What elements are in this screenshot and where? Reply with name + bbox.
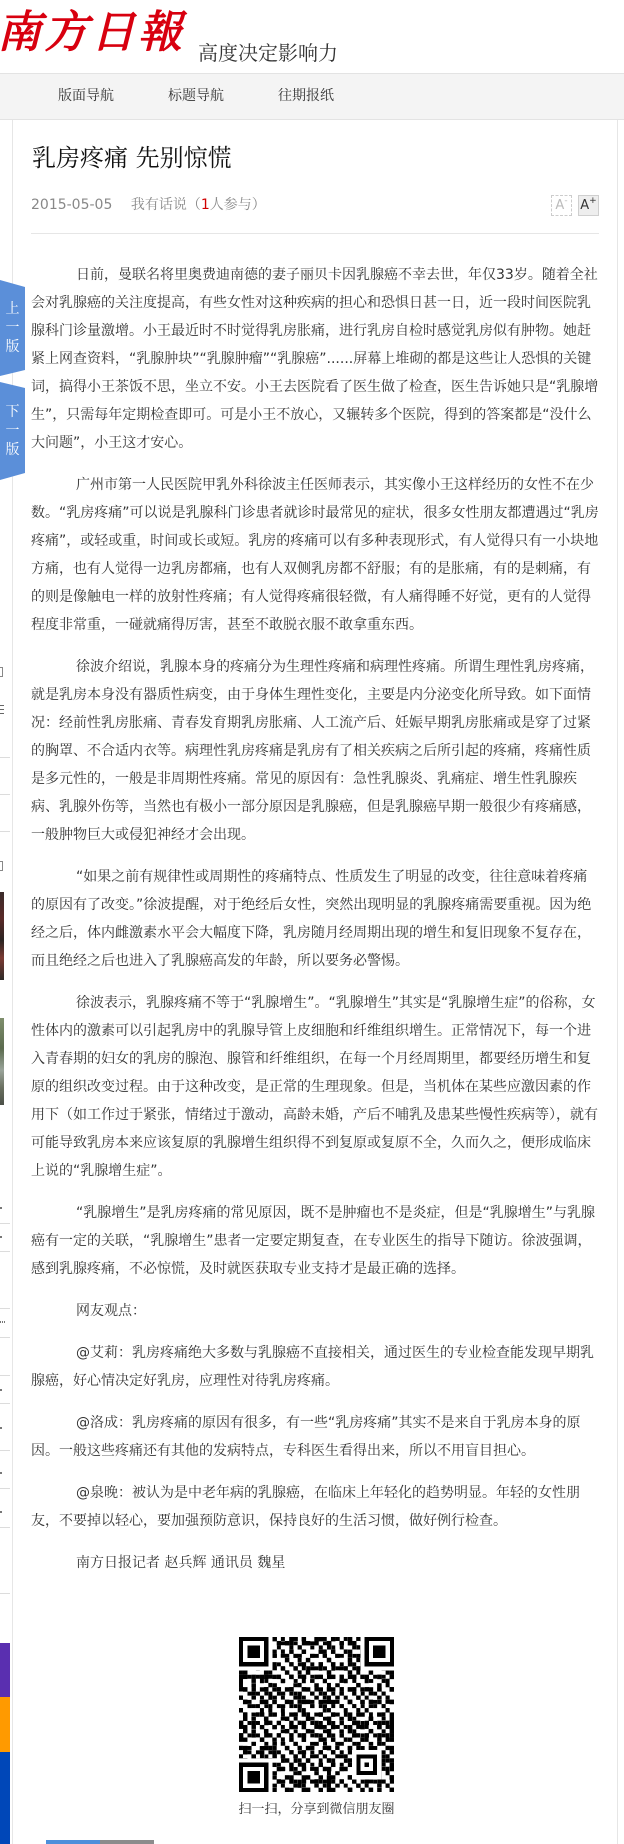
next-page-label: 下一版 xyxy=(6,403,20,460)
left-sidebar-fragment xyxy=(0,0,11,1844)
qr-share-caption: 扫一扫，分享到微信朋友圈 xyxy=(216,1800,417,1820)
article-paragraph: 徐波表示，乳腺疼痛不等于“乳腺增生”。“乳腺增生”其实是“乳腺增生症”的俗称，女… xyxy=(31,989,599,1185)
sidebar-divider xyxy=(0,1403,10,1404)
comment-link-prefix: 我有话说（ xyxy=(131,197,201,213)
netizen-comment: @泉晚：被认为是中老年病的乳腺癌，在临床上年轻化的趋势明显。年轻的女性朋友，不要… xyxy=(31,1479,599,1535)
wechat-qr-code-icon xyxy=(239,1637,394,1792)
sidebar-divider xyxy=(0,1375,10,1376)
newspaper-logo[interactable]: 南方日報 xyxy=(0,3,185,63)
sidebar-box-icon xyxy=(0,667,3,677)
sidebar-divider xyxy=(0,1251,10,1252)
netizen-comment: @艾莉：乳房疼痛绝大多数与乳腺癌不直接相关，通过医生的专业检查能发现早期乳腺癌，… xyxy=(31,1339,599,1395)
minus-icon: - xyxy=(564,196,567,206)
sidebar-divider xyxy=(0,794,10,795)
article-meta: 2015-05-05 我有话说（1人参与） xyxy=(31,195,266,215)
sidebar-divider xyxy=(0,1450,10,1451)
font-increase-button[interactable]: A+ xyxy=(578,195,599,216)
sidebar-blue-block[interactable] xyxy=(0,1752,10,1844)
article-paragraph: “如果之前有规律性或周期性的疼痛特点、性质发生了明显的改变，往往意味着疼痛的原因… xyxy=(31,863,599,975)
main-nav: 版面导航 标题导航 往期报纸 xyxy=(0,74,624,120)
article-paragraph: 徐波介绍说，乳腺本身的疼痛分为生理性疼痛和病理性疼痛。所谓生理性乳房疼痛，就是乳… xyxy=(31,653,599,849)
site-header: 南方日報 高度决定影响力 xyxy=(0,0,624,74)
sidebar-divider xyxy=(0,1593,10,1594)
sidebar-divider xyxy=(0,1488,10,1489)
bottom-tab-strip-gray[interactable] xyxy=(100,1840,154,1844)
sidebar-ellipsis xyxy=(0,1321,5,1323)
comment-link[interactable]: 我有话说（1人参与） xyxy=(131,197,266,213)
sidebar-purple-block[interactable] xyxy=(0,1643,10,1697)
bottom-tab-strip-blue[interactable] xyxy=(46,1840,100,1844)
article-paragraph: “乳腺增生”是乳房疼痛的常见原因，既不是肿瘤也不是炎症，但是“乳腺增生”与乳腺癌… xyxy=(31,1199,599,1283)
article-byline: 南方日报记者 赵兵辉 通讯员 魏星 xyxy=(31,1549,599,1577)
next-page-button[interactable]: 下一版 xyxy=(0,382,25,480)
font-increase-icon: A xyxy=(580,198,589,213)
sidebar-text-fragment xyxy=(0,702,4,714)
sidebar-ellipsis xyxy=(0,1472,2,1474)
sidebar-ellipsis xyxy=(0,1427,2,1429)
sidebar-ellipsis xyxy=(0,1511,2,1513)
article-paragraph: 日前，曼联名将里奥费迪南德的妻子丽贝卡因乳腺癌不幸去世，年仅33岁。随着全社会对… xyxy=(31,261,599,457)
sidebar-divider xyxy=(0,1223,10,1224)
article-body: 日前，曼联名将里奥费迪南德的妻子丽贝卡因乳腺癌不幸去世，年仅33岁。随着全社会对… xyxy=(31,261,599,1591)
nav-headline-navigation[interactable]: 标题导航 xyxy=(168,74,224,119)
sidebar-orange-block[interactable] xyxy=(0,1697,10,1752)
sidebar-divider xyxy=(0,1337,10,1338)
comment-link-suffix: 人参与） xyxy=(210,197,266,213)
sidebar-ellipsis xyxy=(0,1236,2,1238)
prev-page-button[interactable]: 上一版 xyxy=(0,280,25,376)
comment-count: 1 xyxy=(201,197,210,213)
sidebar-divider xyxy=(0,757,10,758)
sidebar-ellipsis xyxy=(0,1207,2,1209)
article-container: 乳房疼痛 先别惊慌 2015-05-05 我有话说（1人参与） A- A+ 日前… xyxy=(12,120,618,1844)
netizen-comment: @洛成：乳房疼痛的原因有很多，有一些“乳房疼痛”其实不是来自于乳房本身的原因。一… xyxy=(31,1409,599,1465)
publish-date: 2015-05-05 xyxy=(31,197,112,213)
meta-divider xyxy=(31,233,599,234)
font-decrease-icon: A xyxy=(555,198,564,213)
sidebar-thumbnail-image xyxy=(0,892,4,980)
netizen-heading: 网友观点： xyxy=(31,1297,599,1325)
nav-layout-navigation[interactable]: 版面导航 xyxy=(58,74,114,119)
sidebar-ellipsis xyxy=(0,1389,2,1391)
sidebar-divider xyxy=(0,831,10,832)
article-title: 乳房疼痛 先别惊慌 xyxy=(32,142,232,174)
site-tagline: 高度决定影响力 xyxy=(198,40,338,66)
font-decrease-button[interactable]: A- xyxy=(551,195,572,216)
sidebar-box-icon xyxy=(0,861,3,871)
plus-icon: + xyxy=(589,196,597,206)
sidebar-divider xyxy=(0,1527,10,1528)
nav-past-issues[interactable]: 往期报纸 xyxy=(278,74,334,119)
prev-page-label: 上一版 xyxy=(6,300,20,357)
sidebar-thumbnail-image xyxy=(0,1018,4,1105)
article-paragraph: 广州市第一人民医院甲乳外科徐波主任医师表示，其实像小王这样经历的女性不在少数。“… xyxy=(31,471,599,639)
sidebar-divider xyxy=(0,1308,10,1309)
